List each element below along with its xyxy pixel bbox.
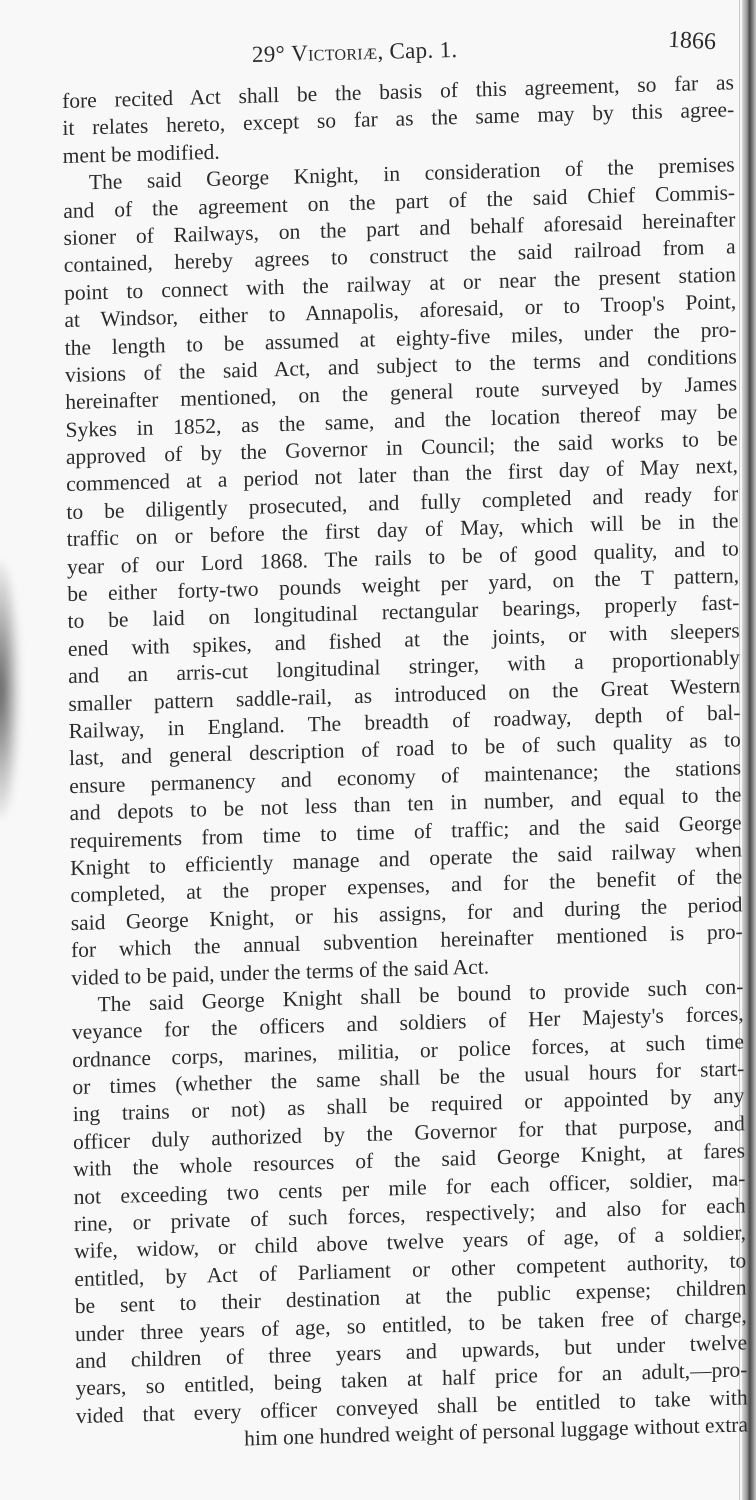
page-header: 29° Victoriæ, Cap. 1. 1866 xyxy=(0,18,740,78)
paragraph-3: The said George Knight shall be bound to… xyxy=(71,973,748,1457)
page-year: 1866 xyxy=(667,27,716,56)
running-title-prefix: 29° xyxy=(252,41,292,67)
binding-shadow xyxy=(0,560,20,820)
running-title-cap: , Cap. 1. xyxy=(377,37,458,64)
running-title: 29° Victoriæ, Cap. 1. xyxy=(252,37,458,68)
running-title-victoriae: Victoriæ xyxy=(291,39,378,66)
scanned-page: 29° Victoriæ, Cap. 1. 1866 fore recited … xyxy=(0,0,756,1500)
body-text: fore recited Act shall be the basis of t… xyxy=(62,69,748,1457)
paragraph-2: The said George Knight, in consideration… xyxy=(63,151,743,992)
